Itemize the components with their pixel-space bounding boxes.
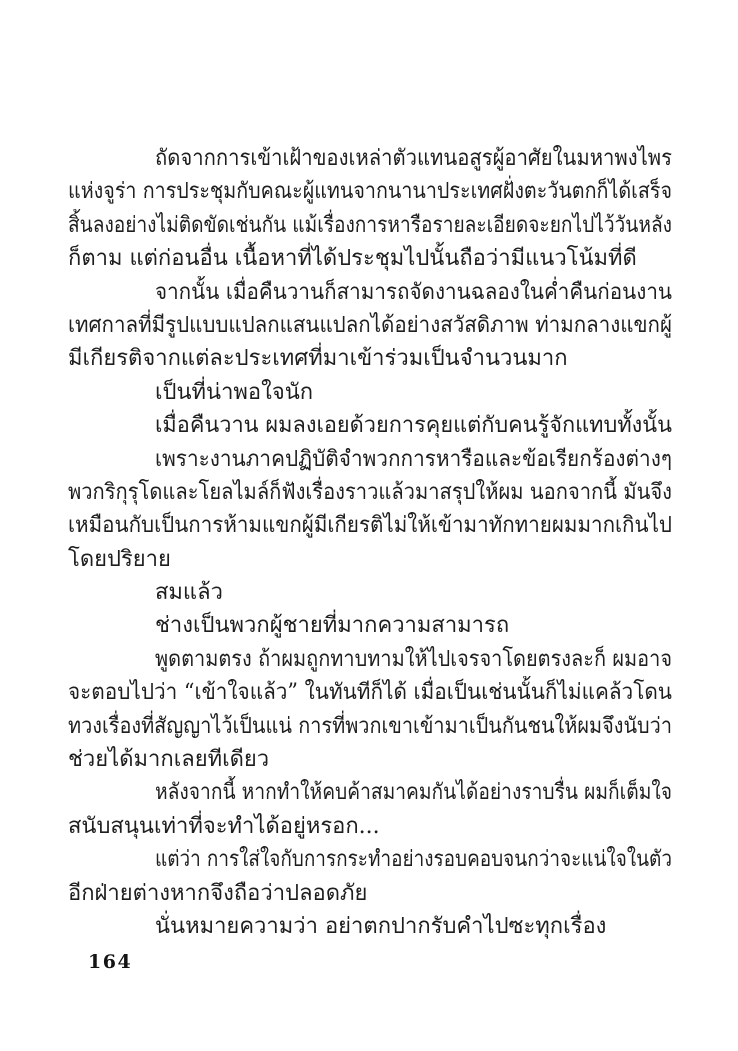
text-line-content: จะตอบไปว่า “เข้าใจแล้ว” ในทันทีก็ได้ เมื…: [68, 676, 672, 709]
text-line-content: เป็นที่น่าพอใจนัก: [155, 376, 313, 409]
text-line-content: นั่นหมายความว่า อย่าตกปากรับคำไปซะทุกเรื…: [155, 910, 606, 943]
text-line-content: สนับสนุนเท่าที่จะทำได้อยู่หรอก...: [68, 810, 380, 843]
text-line: สิ้นลงอย่างไม่ติดขัดเช่นกัน แม้เรื่องการ…: [68, 209, 672, 242]
text-line: จะตอบไปว่า “เข้าใจแล้ว” ในทันทีก็ได้ เมื…: [68, 676, 672, 709]
text-line-content: แห่งจูร่า การประชุมกับคณะผู้แทนจากนานาปร…: [68, 175, 672, 208]
text-line: ช่วยได้มากเลยทีเดียว: [68, 743, 672, 776]
text-line: ก็ตาม แต่ก่อนอื่น เนื้อหาที่ได้ประชุมไปน…: [68, 242, 672, 275]
text-line-content: หลังจากนี้ หากทำให้คบค้าสมาคมกันได้อย่าง…: [155, 776, 672, 809]
text-line: ถัดจากการเข้าเฝ้าของเหล่าตัวแทนอสูรผู้อา…: [68, 142, 672, 175]
text-line: พวกริกุรุโดและโยลไมล์ก็ฟังเรื่องราวแล้วม…: [68, 476, 672, 509]
text-line: เมื่อคืนวาน ผมลงเอยด้วยการคุยแต่กับคนรู้…: [68, 409, 672, 442]
text-line: เพราะงานภาคปฏิบัติจำพวกการหารือและข้อเรี…: [68, 443, 672, 476]
text-line: เทศกาลที่มีรูปแบบแปลกแสนแปลกได้อย่างสวัส…: [68, 309, 672, 342]
text-line: อีกฝ่ายต่างหากจึงถือว่าปลอดภัย: [68, 877, 672, 910]
text-line: มีเกียรติจากแต่ละประเทศที่มาเข้าร่วมเป็น…: [68, 342, 672, 375]
text-line-content: เหมือนกับเป็นการห้ามแขกผู้มีเกียรติไม่ให…: [68, 509, 672, 542]
text-line-content: ก็ตาม แต่ก่อนอื่น เนื้อหาที่ได้ประชุมไปน…: [68, 242, 637, 275]
text-line-content: จากนั้น เมื่อคืนวานก็สามารถจัดงานฉลองในค…: [155, 276, 672, 309]
page-text: ถัดจากการเข้าเฝ้าของเหล่าตัวแทนอสูรผู้อา…: [68, 142, 672, 943]
text-line: พูดตามตรง ถ้าผมถูกทาบทามให้ไปเจรจาโดยตรง…: [68, 643, 672, 676]
text-line: นั่นหมายความว่า อย่าตกปากรับคำไปซะทุกเรื…: [68, 910, 672, 943]
text-line: โดยปริยาย: [68, 543, 672, 576]
text-line: จากนั้น เมื่อคืนวานก็สามารถจัดงานฉลองในค…: [68, 276, 672, 309]
text-line-content: มีเกียรติจากแต่ละประเทศที่มาเข้าร่วมเป็น…: [68, 342, 568, 375]
text-line-content: สมแล้ว: [155, 576, 223, 609]
text-line: เป็นที่น่าพอใจนัก: [68, 376, 672, 409]
book-page: ถัดจากการเข้าเฝ้าของเหล่าตัวแทนอสูรผู้อา…: [0, 0, 738, 1051]
text-line-content: ช่างเป็นพวกผู้ชายที่มากความสามารถ: [155, 609, 509, 642]
page-number: 164: [88, 951, 132, 973]
text-line-content: โดยปริยาย: [68, 543, 171, 576]
text-line: หลังจากนี้ หากทำให้คบค้าสมาคมกันได้อย่าง…: [68, 776, 672, 809]
text-line-content: เพราะงานภาคปฏิบัติจำพวกการหารือและข้อเรี…: [155, 443, 672, 476]
text-line-content: ถัดจากการเข้าเฝ้าของเหล่าตัวแทนอสูรผู้อา…: [155, 142, 672, 175]
text-line-content: ทวงเรื่องที่สัญญาไว้เป็นแน่ การที่พวกเขา…: [68, 710, 672, 743]
text-line: เหมือนกับเป็นการห้ามแขกผู้มีเกียรติไม่ให…: [68, 509, 672, 542]
text-line: สมแล้ว: [68, 576, 672, 609]
text-line: ทวงเรื่องที่สัญญาไว้เป็นแน่ การที่พวกเขา…: [68, 710, 672, 743]
text-line-content: อีกฝ่ายต่างหากจึงถือว่าปลอดภัย: [68, 877, 367, 910]
text-line: สนับสนุนเท่าที่จะทำได้อยู่หรอก...: [68, 810, 672, 843]
text-line: แต่ว่า การใส่ใจกับการกระทำอย่างรอบคอบจนก…: [68, 843, 672, 876]
text-line-content: แต่ว่า การใส่ใจกับการกระทำอย่างรอบคอบจนก…: [155, 843, 672, 876]
text-line-content: เมื่อคืนวาน ผมลงเอยด้วยการคุยแต่กับคนรู้…: [155, 409, 672, 442]
text-line-content: พูดตามตรง ถ้าผมถูกทาบทามให้ไปเจรจาโดยตรง…: [155, 643, 672, 676]
text-line: แห่งจูร่า การประชุมกับคณะผู้แทนจากนานาปร…: [68, 175, 672, 208]
text-line-content: พวกริกุรุโดและโยลไมล์ก็ฟังเรื่องราวแล้วม…: [68, 476, 672, 509]
text-line-content: ช่วยได้มากเลยทีเดียว: [68, 743, 269, 776]
text-line: ช่างเป็นพวกผู้ชายที่มากความสามารถ: [68, 609, 672, 642]
text-line-content: เทศกาลที่มีรูปแบบแปลกแสนแปลกได้อย่างสวัส…: [68, 309, 672, 342]
text-line-content: สิ้นลงอย่างไม่ติดขัดเช่นกัน แม้เรื่องการ…: [68, 209, 672, 242]
